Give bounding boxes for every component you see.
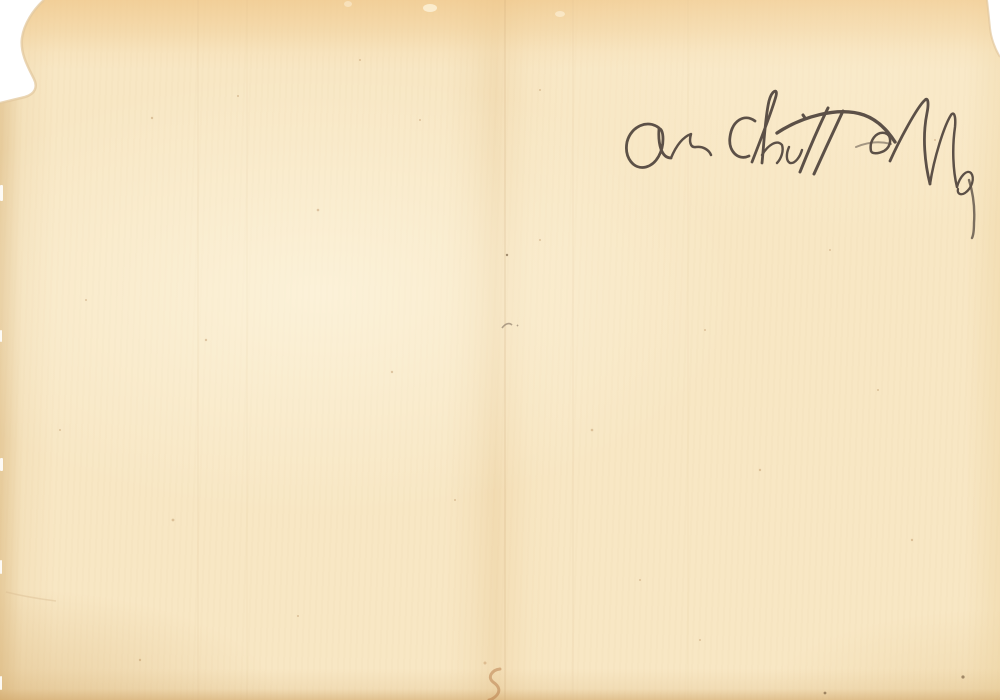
stroke-letter-c xyxy=(730,118,755,157)
stroke-letter-a xyxy=(626,124,671,167)
stroke-letter-r xyxy=(671,134,711,158)
dark-specks xyxy=(506,254,965,695)
stroke-t-crossbar-faint xyxy=(856,142,891,147)
torn-edges xyxy=(0,0,1000,690)
stroke-letter-i xyxy=(787,147,802,163)
scanned-photo-verso: architettura xyxy=(0,0,1000,700)
stroke-t-stem-2 xyxy=(814,111,843,174)
fold-creases xyxy=(6,0,688,700)
handwritten-annotation xyxy=(626,91,974,238)
paper-details-overlay xyxy=(0,0,1000,700)
rust-stain xyxy=(489,669,500,700)
bottom-left-crease xyxy=(6,592,56,601)
light-smudges xyxy=(344,1,565,17)
rust-stain-dot xyxy=(484,662,487,665)
stroke-letter-h-bump xyxy=(762,143,783,163)
stroke-tall-spike-2 xyxy=(930,114,957,187)
left-edge-tears xyxy=(0,185,3,690)
paper-speckles xyxy=(59,59,936,661)
